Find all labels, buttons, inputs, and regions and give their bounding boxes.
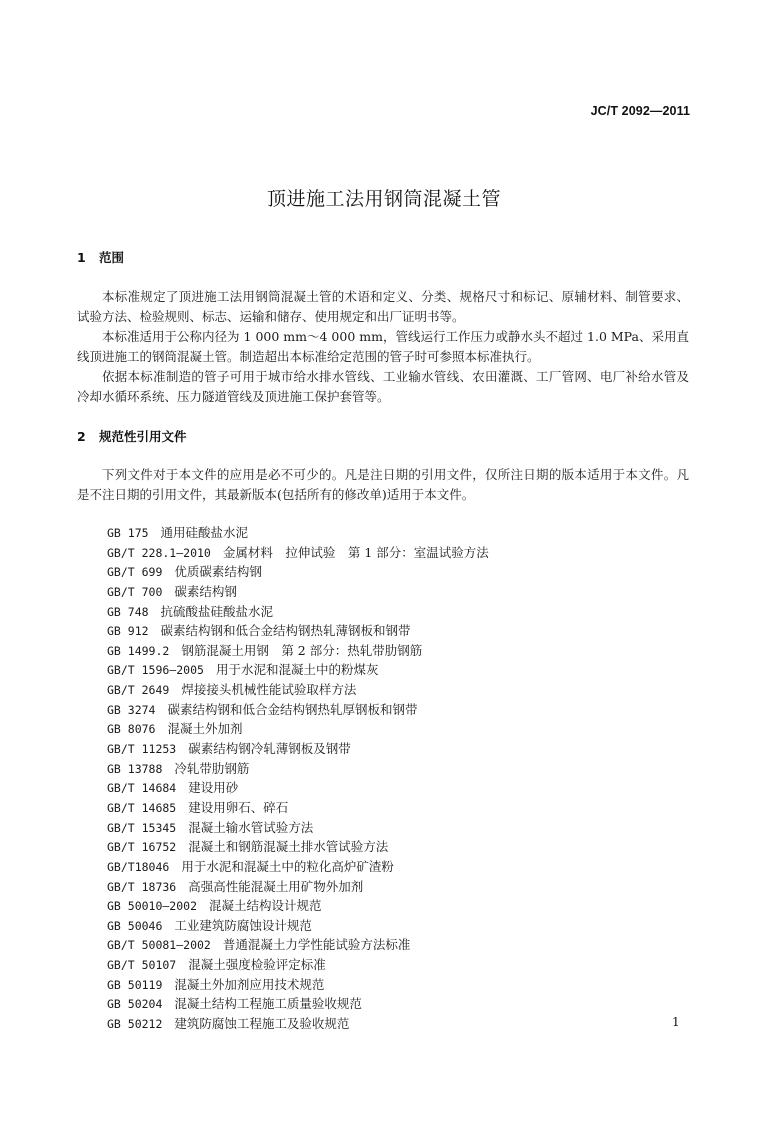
reference-title: 通用硅酸盐水泥	[161, 525, 249, 540]
reference-code: GB/T 2649	[107, 683, 169, 697]
reference-code: GB 50212	[107, 1017, 162, 1031]
reference-title: 混凝土结构设计规范	[209, 898, 322, 913]
reference-item: GB 50046工业建筑防腐蚀设计规范	[107, 916, 489, 936]
document-page: JC/T 2092—2011 顶进施工法用钢筒混凝土管 1范围 本标准规定了顶进…	[0, 0, 768, 1122]
reference-code: GB/T 14684	[107, 781, 176, 795]
reference-code: GB/T 16752	[107, 840, 176, 854]
section-title: 范围	[99, 250, 124, 265]
reference-code: GB/T 14685	[107, 801, 176, 815]
reference-item: GB/T 16752混凝土和钢筋混凝土排水管试验方法	[107, 837, 489, 857]
reference-code: GB/T 11253	[107, 742, 176, 756]
reference-code: GB 50119	[107, 978, 162, 992]
reference-title: 抗硫酸盐硅酸盐水泥	[161, 604, 274, 619]
reference-item: GB/T 699优质碳素结构钢	[107, 562, 489, 582]
reference-title: 混凝土外加剂应用技术规范	[174, 977, 324, 992]
reference-code: GB/T 228.1—2010	[107, 546, 211, 560]
reference-code: GB 748	[107, 605, 149, 619]
section-number: 1	[77, 250, 99, 265]
reference-code: GB/T18046	[107, 860, 169, 874]
reference-item: GB 1499.2钢筋混凝土用钢 第 2 部分：热轧带肋钢筋	[107, 641, 489, 661]
reference-item: GB/T 50107混凝土强度检验评定标准	[107, 955, 489, 975]
reference-item: GB 50119混凝土外加剂应用技术规范	[107, 975, 489, 995]
reference-item: GB 13788冷轧带肋钢筋	[107, 759, 489, 779]
reference-title: 焊接接头机械性能试验取样方法	[181, 682, 356, 697]
reference-item: GB/T 14684建设用砂	[107, 778, 489, 798]
section-heading-normative-references: 2规范性引用文件	[77, 427, 187, 445]
reference-item: GB/T 2649焊接接头机械性能试验取样方法	[107, 680, 489, 700]
reference-item: GB 175通用硅酸盐水泥	[107, 523, 489, 543]
reference-title: 碳素结构钢和低合金结构钢热轧厚钢板和钢带	[167, 702, 417, 717]
reference-code: GB/T 699	[107, 565, 162, 579]
reference-title: 混凝土输水管试验方法	[188, 820, 313, 835]
page-number: 1	[672, 1015, 680, 1029]
standard-code: JC/T 2092—2011	[591, 104, 690, 118]
reference-list: GB 175通用硅酸盐水泥 GB/T 228.1—2010金属材料 拉伸试验 第…	[107, 523, 489, 1034]
reference-code: GB 50010—2002	[107, 899, 197, 913]
reference-item: GB/T 15345混凝土输水管试验方法	[107, 818, 489, 838]
scope-paragraph-1: 本标准规定了顶进施工法用钢筒混凝土管的术语和定义、分类、规格尺寸和标记、原辅材料…	[77, 287, 689, 327]
reference-title: 建设用卵石、碎石	[188, 800, 288, 815]
section-title: 规范性引用文件	[99, 429, 187, 444]
reference-code: GB/T 15345	[107, 821, 176, 835]
reference-title: 混凝土和钢筋混凝土排水管试验方法	[188, 839, 388, 854]
reference-item: GB 50010—2002混凝土结构设计规范	[107, 896, 489, 916]
reference-title: 碳素结构钢和低合金结构钢热轧薄钢板和钢带	[161, 623, 411, 638]
reference-code: GB 175	[107, 526, 149, 540]
reference-title: 混凝土结构工程施工质量验收规范	[174, 996, 362, 1011]
references-intro-paragraph: 下列文件对于本文件的应用是必不可少的。凡是注日期的引用文件，仅所注日期的版本适用…	[77, 465, 689, 505]
section-number: 2	[77, 429, 99, 444]
reference-item: GB 50212建筑防腐蚀工程施工及验收规范	[107, 1014, 489, 1034]
reference-title: 混凝土强度检验评定标准	[188, 957, 326, 972]
reference-item: GB 50204混凝土结构工程施工质量验收规范	[107, 994, 489, 1014]
document-title: 顶进施工法用钢筒混凝土管	[0, 184, 768, 211]
reference-item: GB/T 18736高强高性能混凝土用矿物外加剂	[107, 877, 489, 897]
reference-item: GB 3274碳素结构钢和低合金结构钢热轧厚钢板和钢带	[107, 700, 489, 720]
reference-code: GB/T 50107	[107, 958, 176, 972]
reference-item: GB/T 228.1—2010金属材料 拉伸试验 第 1 部分：室温试验方法	[107, 543, 489, 563]
reference-title: 高强高性能混凝土用矿物外加剂	[188, 879, 363, 894]
reference-code: GB 8076	[107, 722, 155, 736]
reference-title: 碳素结构钢冷轧薄钢板及钢带	[188, 741, 351, 756]
section-heading-scope: 1范围	[77, 248, 124, 266]
reference-item: GB/T 11253碳素结构钢冷轧薄钢板及钢带	[107, 739, 489, 759]
reference-code: GB/T 1596—2005	[107, 663, 204, 677]
reference-item: GB/T 14685建设用卵石、碎石	[107, 798, 489, 818]
reference-title: 建筑防腐蚀工程施工及验收规范	[174, 1016, 349, 1031]
reference-title: 金属材料 拉伸试验 第 1 部分：室温试验方法	[223, 545, 489, 560]
reference-title: 冷轧带肋钢筋	[174, 761, 249, 776]
reference-title: 钢筋混凝土用钢 第 2 部分：热轧带肋钢筋	[181, 643, 422, 658]
reference-item: GB/T 700碳素结构钢	[107, 582, 489, 602]
scope-paragraph-3: 依据本标准制造的管子可用于城市给水排水管线、工业输水管线、农田灌溉、工厂管网、电…	[77, 367, 689, 407]
scope-paragraph-2: 本标准适用于公称内径为 1 000 mm～4 000 mm，管线运行工作压力或静…	[77, 327, 689, 367]
reference-item: GB/T 1596—2005用于水泥和混凝土中的粉煤灰	[107, 660, 489, 680]
reference-item: GB 748抗硫酸盐硅酸盐水泥	[107, 602, 489, 622]
reference-code: GB 50204	[107, 997, 162, 1011]
reference-code: GB 1499.2	[107, 644, 169, 658]
reference-title: 混凝土外加剂	[167, 721, 242, 736]
reference-title: 工业建筑防腐蚀设计规范	[174, 918, 312, 933]
reference-item: GB/T 50081—2002普通混凝土力学性能试验方法标准	[107, 935, 489, 955]
reference-code: GB/T 18736	[107, 880, 176, 894]
reference-item: GB 912碳素结构钢和低合金结构钢热轧薄钢板和钢带	[107, 621, 489, 641]
reference-code: GB 13788	[107, 762, 162, 776]
reference-code: GB/T 700	[107, 585, 162, 599]
reference-code: GB 912	[107, 624, 149, 638]
reference-code: GB/T 50081—2002	[107, 938, 211, 952]
reference-title: 用于水泥和混凝土中的粉煤灰	[216, 662, 379, 677]
reference-code: GB 50046	[107, 919, 162, 933]
reference-item: GB 8076混凝土外加剂	[107, 719, 489, 739]
reference-title: 建设用砂	[188, 780, 238, 795]
reference-code: GB 3274	[107, 703, 155, 717]
reference-title: 用于水泥和混凝土中的粒化高炉矿渣粉	[181, 859, 394, 874]
reference-item: GB/T18046用于水泥和混凝土中的粒化高炉矿渣粉	[107, 857, 489, 877]
reference-title: 优质碳素结构钢	[174, 564, 262, 579]
reference-title: 碳素结构钢	[174, 584, 237, 599]
reference-title: 普通混凝土力学性能试验方法标准	[223, 937, 411, 952]
